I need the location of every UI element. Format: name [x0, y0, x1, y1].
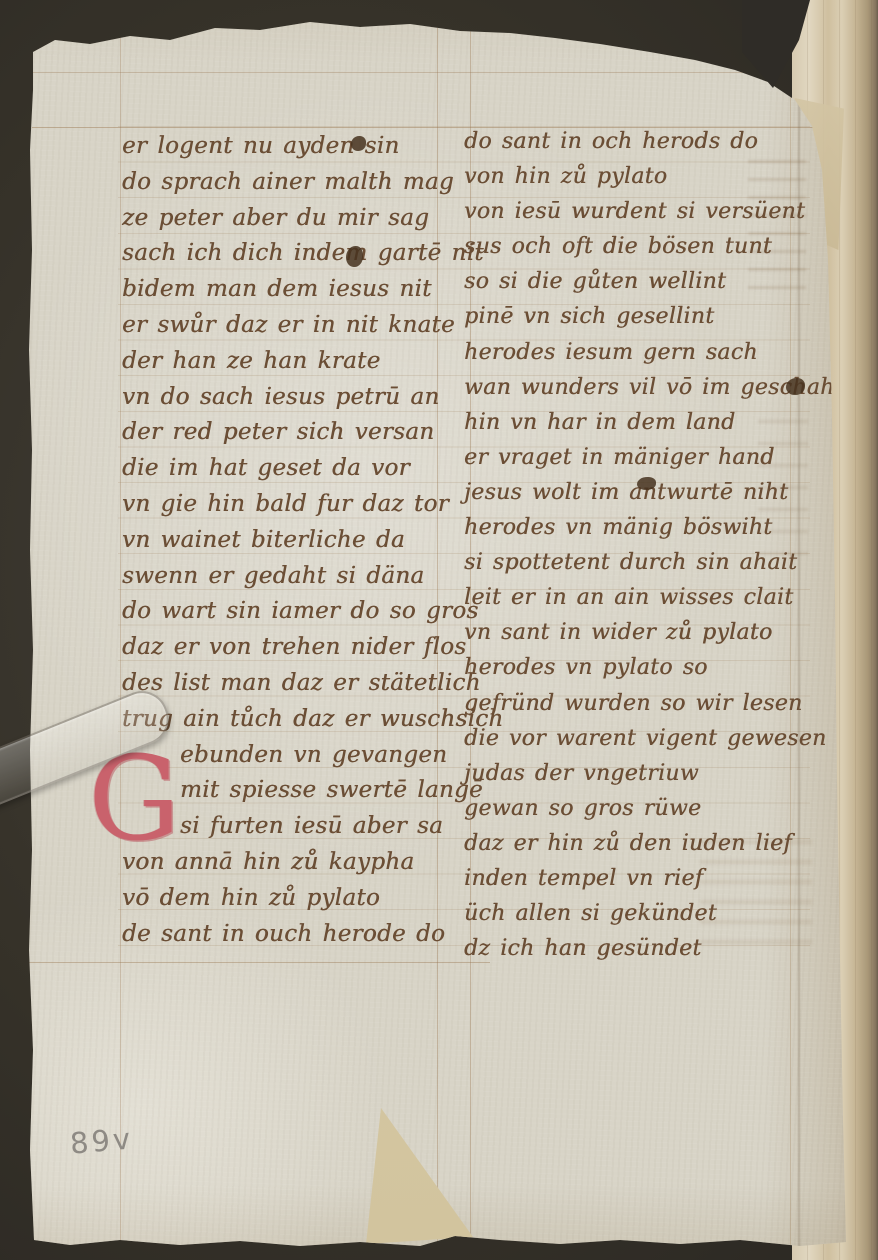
rubric-initial: G	[88, 752, 181, 848]
manuscript-line: er swůr daz er in nit knate	[122, 308, 503, 344]
manuscript-line: bidem man dem iesus nit	[122, 272, 503, 308]
ink-blot	[346, 246, 363, 267]
manuscript-line: daz er von trehen nider flos	[122, 630, 503, 666]
manuscript-line: vō dem hin zů pylato	[122, 881, 503, 917]
parchment-page: er logent nu ayden sindo sprach ainer ma…	[0, 0, 878, 1260]
manuscript-line: vn gie hin bald fur daz tor	[122, 487, 503, 523]
manuscript-line: do sprach ainer malth mag	[122, 165, 503, 201]
manuscript-line: er vraget in mäniger hand	[464, 440, 835, 475]
manuscript-line: von iesū wurdent si versüent	[464, 194, 835, 229]
manuscript-line: vn sant in wider zů pylato	[464, 615, 835, 650]
manuscript-line: leit er in an ain wisses clait	[464, 580, 835, 615]
manuscript-line: üch allen si gekündet	[464, 896, 835, 931]
manuscript-line: herodes vn pylato so	[464, 650, 835, 685]
manuscript-line: so si die gůten wellint	[464, 264, 835, 299]
manuscript-line: herodes iesum gern sach	[464, 335, 835, 370]
page-fold-crease	[797, 60, 801, 1250]
ink-blot	[351, 136, 366, 151]
manuscript-line: er logent nu ayden sin	[122, 129, 503, 165]
manuscript-line: swenn er gedaht si däna	[122, 559, 503, 595]
manuscript-line: dz ich han gesündet	[464, 931, 835, 966]
manuscript-line: des list man daz er stätetlich	[122, 666, 503, 702]
ruling-line	[120, 22, 121, 1240]
manuscript-line: ze peter aber du mir sag	[122, 201, 503, 237]
manuscript-line: do sant in och herods do	[464, 124, 835, 159]
manuscript-line: die vor warent vigent gewesen	[464, 721, 835, 756]
ink-blot	[637, 477, 656, 490]
manuscript-line: inden tempel vn rief	[464, 861, 835, 896]
manuscript-line: gefründ wurden so wir lesen	[464, 686, 835, 721]
manuscript-photo: er logent nu ayden sindo sprach ainer ma…	[0, 0, 878, 1260]
ruling-line	[32, 72, 824, 73]
manuscript-line: vn wainet biterliche da	[122, 523, 503, 559]
folio-number: 89v	[69, 1121, 135, 1160]
manuscript-line: si spottetent durch sin ahait	[464, 545, 835, 580]
manuscript-line: von hin zů pylato	[464, 159, 835, 194]
manuscript-line: der red peter sich versan	[122, 415, 503, 451]
manuscript-line: vn do sach iesus petrū an	[122, 380, 503, 416]
manuscript-line: wan wunders vil vō im geschah	[464, 370, 835, 405]
manuscript-line: sach ich dich indem gartē nit	[122, 236, 503, 272]
manuscript-line: judas der vngetriuw	[464, 756, 835, 791]
manuscript-line: daz er hin zů den iuden lief	[464, 826, 835, 861]
ink-blot	[786, 378, 805, 395]
manuscript-line: gewan so gros rüwe	[464, 791, 835, 826]
manuscript-line: sus och oft die bösen tunt	[464, 229, 835, 264]
text-column-right: do sant in och herods dovon hin zů pylat…	[464, 124, 835, 966]
manuscript-line: der han ze han krate	[122, 344, 503, 380]
manuscript-line: hin vn har in dem land	[464, 405, 835, 440]
manuscript-line: do wart sin iamer do so gros	[122, 594, 503, 630]
manuscript-line: de sant in ouch herode do	[122, 917, 503, 953]
manuscript-line: die im hat geset da vor	[122, 451, 503, 487]
manuscript-line: herodes vn mänig böswiht	[464, 510, 835, 545]
ruling-line	[28, 962, 490, 963]
manuscript-line: pinē vn sich gesellint	[464, 299, 835, 334]
